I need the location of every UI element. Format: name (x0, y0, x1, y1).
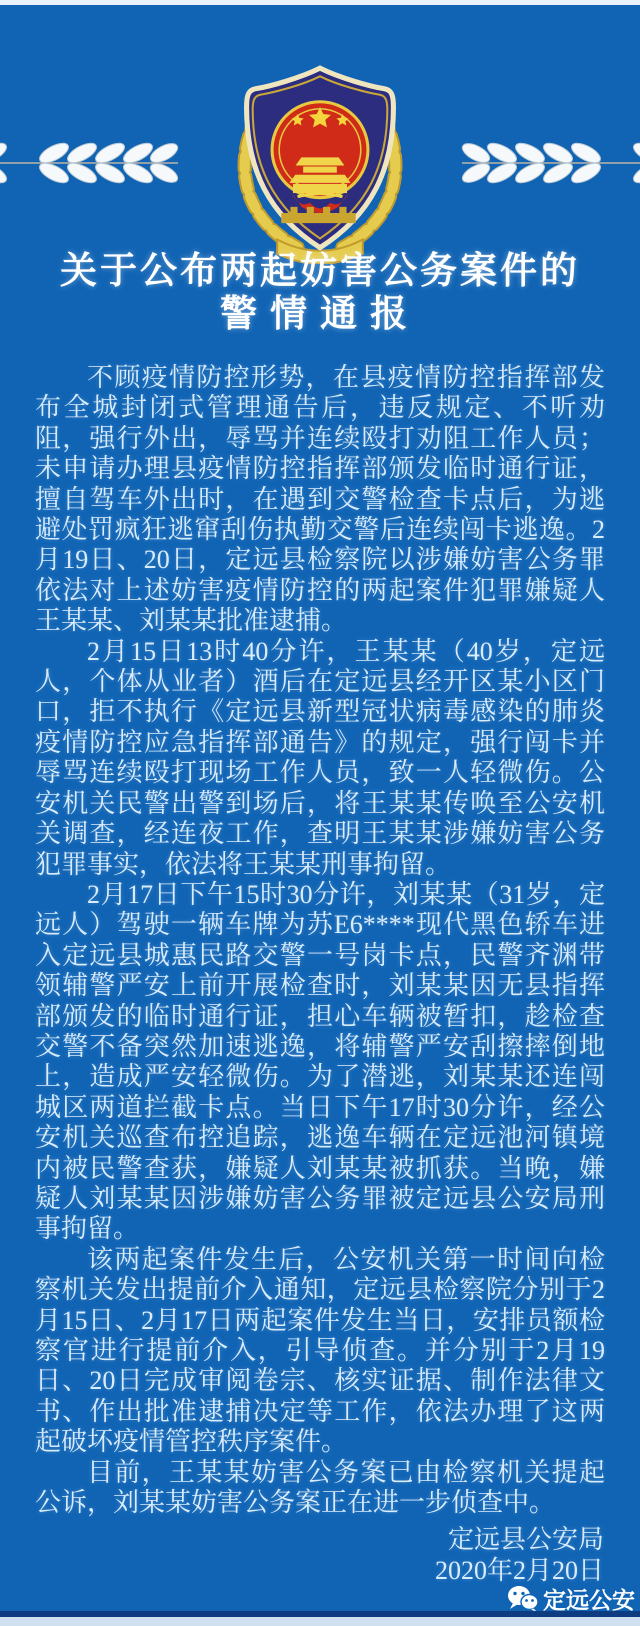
police-notice-poster: 关于公布两起妨害公务案件的 警情通报 不顾疫情防控形势，在县疫情防控指挥部发布全… (0, 0, 640, 1626)
wheat-ear-left-icon (0, 134, 180, 192)
notice-title-line2: 警情通报 (0, 294, 640, 336)
signature-block: 定远县公安局 2020年2月20日 (435, 1524, 604, 1586)
notice-title-line1: 关于公布两起妨害公务案件的 (0, 250, 640, 294)
wheat-ear-right-icon (460, 134, 640, 192)
notice-paragraph: 不顾疫情防控形势，在县疫情防控指挥部发布全城封闭式管理通告后，违反规定、不听劝阻… (35, 363, 605, 637)
notice-body: 不顾疫情防控形势，在县疫情防控指挥部发布全城封闭式管理通告后，违反规定、不听劝阻… (35, 363, 605, 1518)
notice-paragraph: 该两起案件发生后，公安机关第一时间向检察机关发出提前介入通知，定远县检察院分别于… (35, 1245, 605, 1458)
notice-paragraph: 目前，王某某妨害公务案已由检察机关提起公诉，刘某某妨害公务案正在进一步侦查中。 (35, 1458, 605, 1519)
notice-paragraph: 2月15日13时40分许，王某某（40岁，定远人，个体从业者）酒后在定远县经开区… (35, 637, 605, 880)
top-edge-strip (0, 0, 640, 5)
police-badge-icon (218, 64, 422, 264)
notice-title: 关于公布两起妨害公务案件的 警情通报 (0, 250, 640, 336)
wechat-icon (507, 1585, 538, 1612)
issuing-agency: 定远县公安局 (435, 1524, 604, 1555)
notice-paragraph: 2月17日下午15时30分许，刘某某（31岁，定远人）驾驶一辆车牌为苏E6***… (35, 880, 605, 1245)
footer-light-strip (0, 1617, 640, 1626)
